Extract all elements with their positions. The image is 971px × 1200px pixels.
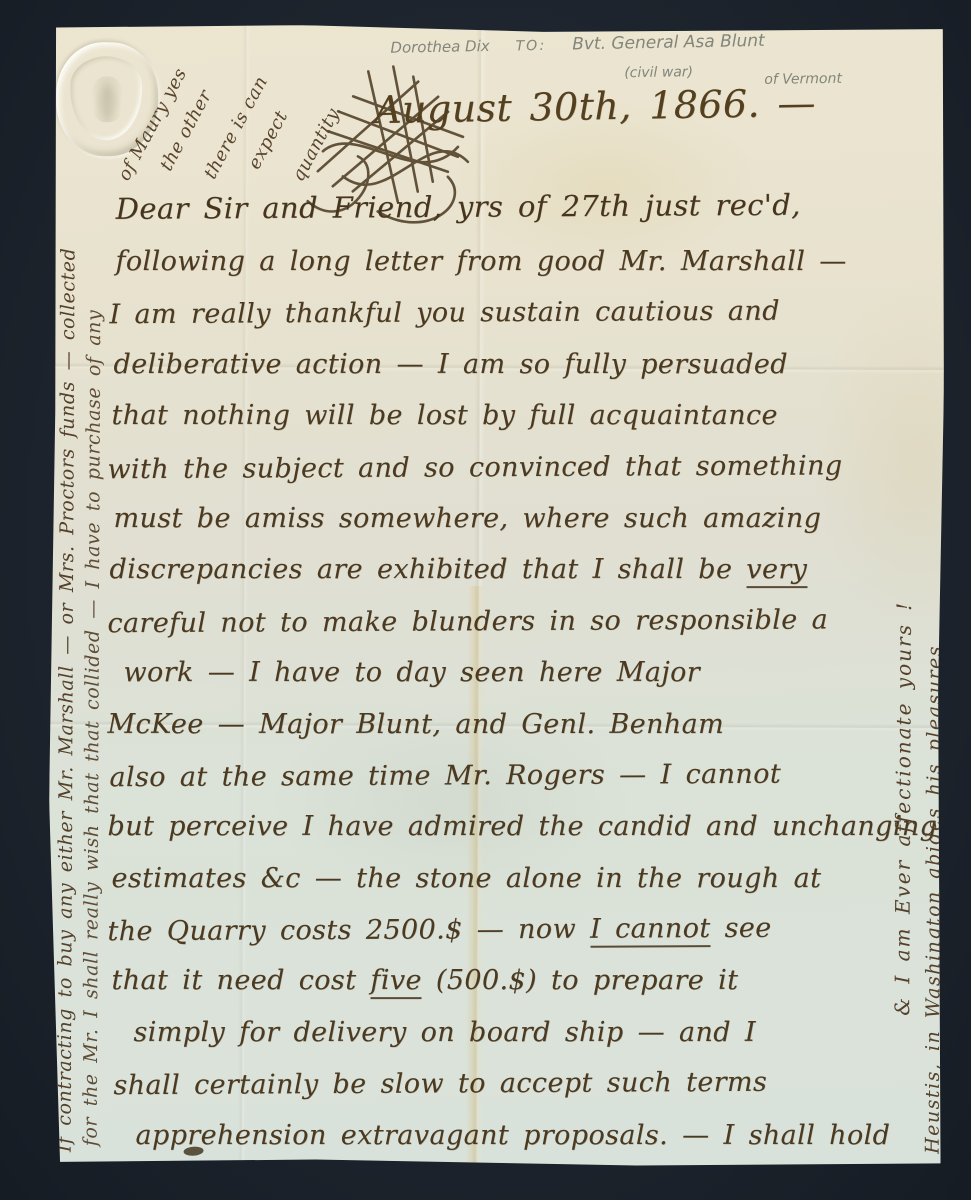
salutation: Dear Sir and Friend, yrs of 27th just re…	[116, 188, 801, 226]
left-margin-writing-inner: for the Mr. I shall really wish that tha…	[80, 80, 107, 1146]
letter-line: work — I have to day seen here Major	[124, 657, 924, 708]
pencil-annotation: Dorothea Dix TO: Bvt. General Asa Blunt	[390, 31, 765, 58]
letter-line: following a long letter from good Mr. Ma…	[116, 246, 924, 297]
letter-line: with the subject and so convinced that s…	[107, 450, 923, 506]
letter-line: the Quarry costs 2500.$ — now I cannot s…	[107, 912, 923, 968]
letter-line: that nothing will be lost by full acquai…	[112, 400, 924, 451]
right-margin-writing-outer: Heustis, in Washington abides his pleasu…	[922, 104, 949, 1154]
ink-flick	[607, 1166, 633, 1174]
letter-line: McKee — Major Blunt, and Genl. Benham	[108, 709, 924, 760]
dateline: August 30th, 1866. —	[374, 81, 816, 132]
annotation-note-civil-war: (civil war)	[624, 64, 693, 81]
right-margin-closing: & I am Ever affectionate yours !	[890, 111, 918, 1016]
letter-page: Dorothea Dix TO: Bvt. General Asa Blunt …	[48, 24, 946, 1168]
letter-line: deliberative action — I am so fully pers…	[114, 349, 924, 400]
letter-line: I am really thankful you sustain cautiou…	[109, 295, 923, 351]
letter-line: also at the same time Mr. Rogers — I can…	[109, 758, 923, 814]
underlined-word: very	[746, 554, 807, 588]
underlined-word: five	[370, 966, 421, 1000]
letter-line: but perceive I have admired the candid a…	[108, 811, 924, 862]
annotation-to-label: TO:	[516, 38, 547, 55]
letter-line: apprehension extravagant proposals. — I …	[136, 1120, 924, 1171]
letter-line: discrepancies are exhibited that I shall…	[110, 554, 924, 605]
letter-line: shall certainly be slow to accept such t…	[113, 1066, 923, 1122]
letter-line: careful not to make blunders in so respo…	[107, 604, 923, 660]
letter-line: must be amiss somewhere, where such amaz…	[114, 503, 924, 554]
annotation-recipient: Bvt. General Asa Blunt	[572, 31, 765, 55]
left-margin-writing-outer: If contracting to buy any either Mr. Mar…	[54, 52, 81, 1152]
letter-line: estimates &c — the stone alone in the ro…	[112, 863, 924, 914]
annotation-author: Dorothea Dix	[390, 37, 490, 57]
underlined-word: I cannot	[590, 913, 711, 948]
scan-background: { "colors":{ "mat_background":"#1e252e",…	[0, 0, 971, 1200]
letter-line: simply for delivery on board ship — and …	[134, 1017, 924, 1068]
letter-line: that it need cost five (500.$) to prepar…	[112, 966, 924, 1017]
letter-body: following a long letter from good Mr. Ma…	[108, 246, 924, 1171]
